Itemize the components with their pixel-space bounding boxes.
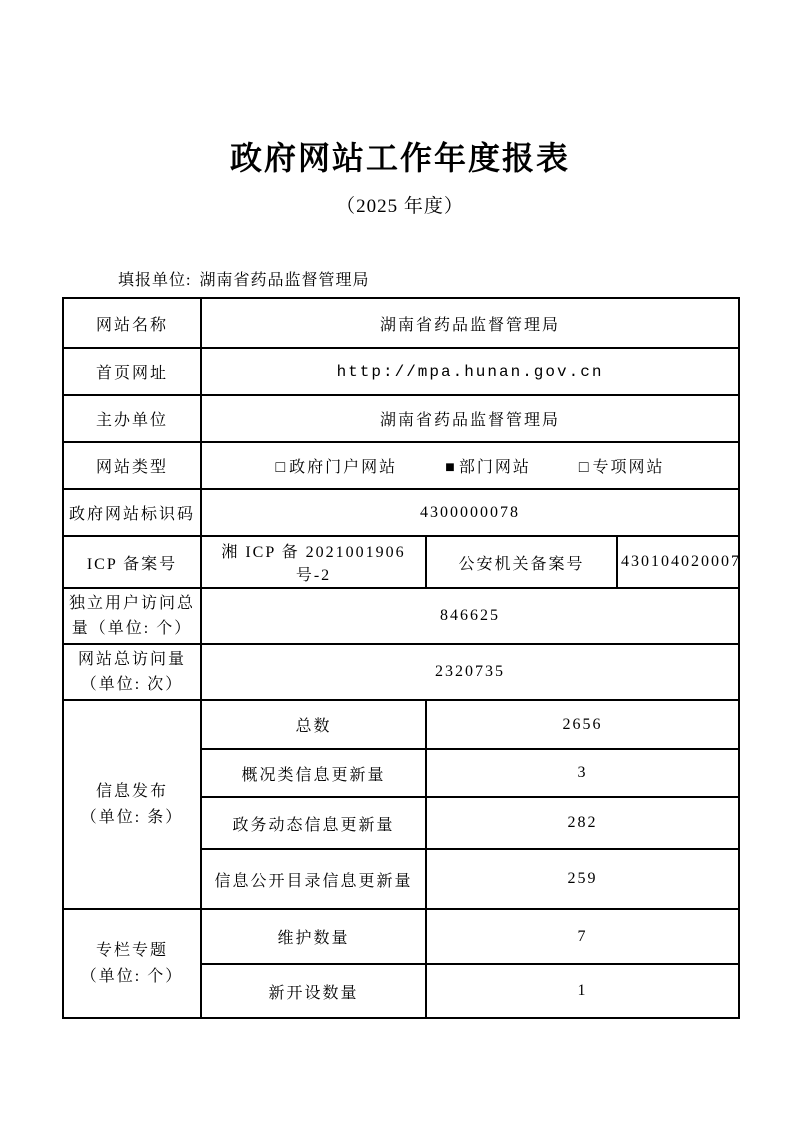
columns-maintained-label: 维护数量 (201, 909, 426, 964)
info-publish-overview-label: 概况类信息更新量 (201, 749, 426, 797)
site-type-label: 网站类型 (63, 442, 201, 489)
checkbox-unchecked-icon: □ (579, 459, 591, 476)
row-site-code: 政府网站标识码 4300000078 (63, 489, 739, 536)
info-publish-overview-value: 3 (426, 749, 739, 797)
checkbox-unchecked-icon: □ (275, 459, 287, 476)
info-publish-total-value: 2656 (426, 700, 739, 749)
type-option-department-label: 部门网站 (459, 459, 531, 476)
host-unit-label: 主办单位 (63, 395, 201, 442)
type-option-portal-label: 政府门户网站 (289, 459, 397, 476)
row-columns-maintained: 专栏专题 （单位: 个） 维护数量 7 (63, 909, 739, 964)
info-publish-news-value: 282 (426, 797, 739, 849)
total-visits-label: 网站总访问量 （单位: 次） (63, 644, 201, 700)
site-name-label: 网站名称 (63, 298, 201, 348)
row-icp: ICP 备案号 湘 ICP 备 2021001906 号-2 公安机关备案号 4… (63, 536, 739, 588)
police-record-label: 公安机关备案号 (426, 536, 617, 588)
unique-visitors-label: 独立用户访问总 量（单位: 个） (63, 588, 201, 644)
info-publish-news-label: 政务动态信息更新量 (201, 797, 426, 849)
type-option-department: ■部门网站 (445, 454, 531, 477)
page-title: 政府网站工作年度报表 (0, 136, 800, 180)
row-home-url: 首页网址 http://mpa.hunan.gov.cn (63, 348, 739, 395)
site-name-value: 湖南省药品监督管理局 (201, 298, 739, 348)
total-visits-value: 2320735 (201, 644, 739, 700)
reporting-unit-line: 填报单位:湖南省药品监督管理局 (118, 270, 369, 292)
row-host-unit: 主办单位 湖南省药品监督管理局 (63, 395, 739, 442)
row-site-type: 网站类型 □政府门户网站 ■部门网站 □专项网站 (63, 442, 739, 489)
row-total-visits: 网站总访问量 （单位: 次） 2320735 (63, 644, 739, 700)
checkbox-checked-icon: ■ (445, 459, 457, 476)
icp-label: ICP 备案号 (63, 536, 201, 588)
row-site-name: 网站名称 湖南省药品监督管理局 (63, 298, 739, 348)
site-type-value: □政府门户网站 ■部门网站 □专项网站 (201, 442, 739, 489)
row-unique-visitors: 独立用户访问总 量（单位: 个） 846625 (63, 588, 739, 644)
type-option-special: □专项网站 (579, 454, 665, 477)
special-columns-group-label: 专栏专题 （单位: 个） (63, 909, 201, 1018)
info-publish-group-label: 信息发布 （单位: 条） (63, 700, 201, 909)
info-publish-total-label: 总数 (201, 700, 426, 749)
reporting-unit-label: 填报单位: (118, 272, 191, 289)
website-type-options: □政府门户网站 ■部门网站 □专项网站 (205, 454, 735, 477)
columns-maintained-value: 7 (426, 909, 739, 964)
report-page: 政府网站工作年度报表 （2025 年度） 填报单位:湖南省药品监督管理局 网站名… (0, 0, 800, 1131)
row-info-publish-total: 信息发布 （单位: 条） 总数 2656 (63, 700, 739, 749)
site-code-label: 政府网站标识码 (63, 489, 201, 536)
info-publish-directory-value: 259 (426, 849, 739, 909)
report-table: 网站名称 湖南省药品监督管理局 首页网址 http://mpa.hunan.go… (62, 297, 740, 1019)
host-unit-value: 湖南省药品监督管理局 (201, 395, 739, 442)
home-url-label: 首页网址 (63, 348, 201, 395)
icp-value: 湘 ICP 备 2021001906 号-2 (201, 536, 426, 588)
unique-visitors-value: 846625 (201, 588, 739, 644)
reporting-unit-value: 湖南省药品监督管理局 (199, 272, 369, 289)
page-subtitle: （2025 年度） (0, 194, 800, 220)
columns-new-label: 新开设数量 (201, 964, 426, 1018)
info-publish-directory-label: 信息公开目录信息更新量 (201, 849, 426, 909)
type-option-portal: □政府门户网站 (275, 454, 397, 477)
columns-new-value: 1 (426, 964, 739, 1018)
type-option-special-label: 专项网站 (593, 459, 665, 476)
home-url-value: http://mpa.hunan.gov.cn (201, 348, 739, 395)
police-record-value: 43010402000746 (617, 536, 739, 588)
site-code-value: 4300000078 (201, 489, 739, 536)
